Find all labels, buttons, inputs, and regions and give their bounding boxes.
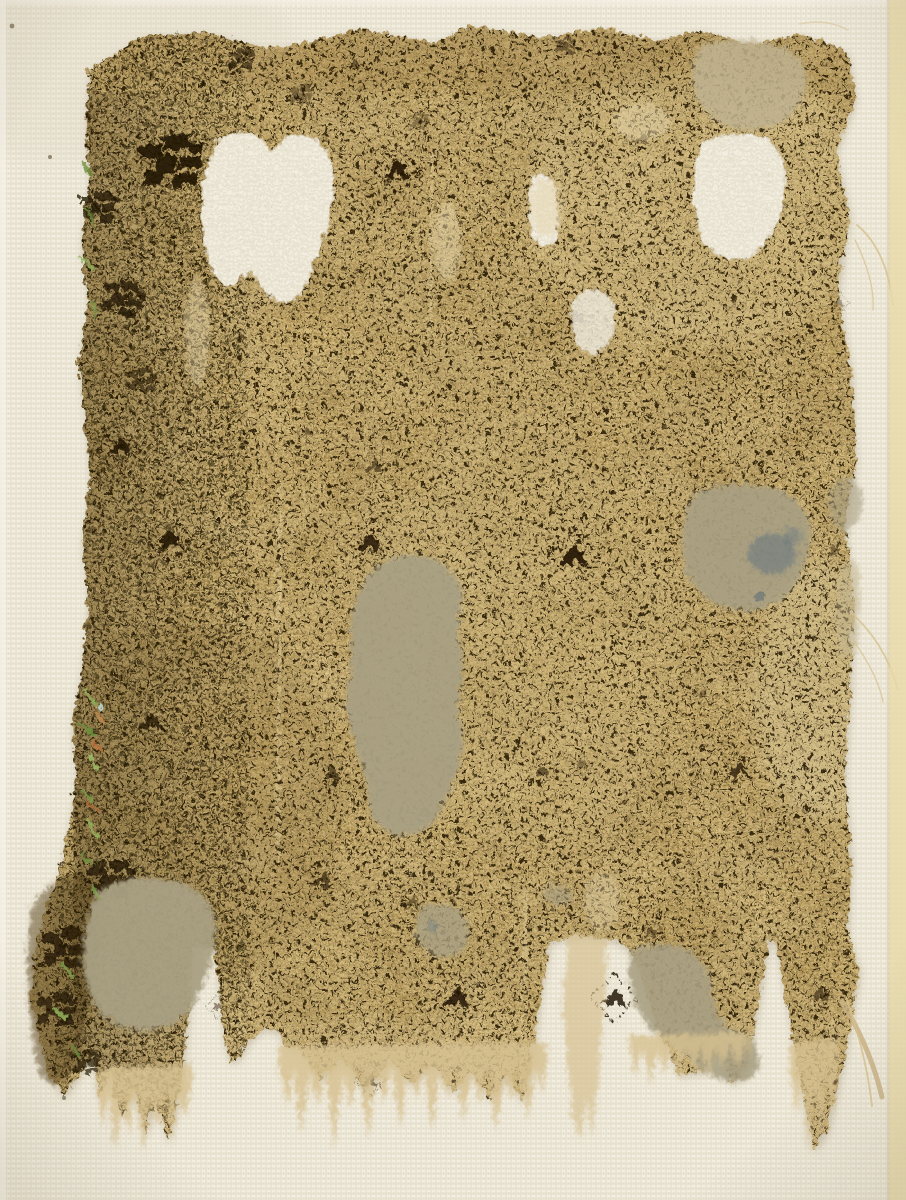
vignette (0, 0, 906, 1200)
textile-fragment-photo (0, 0, 906, 1200)
photo-stage (0, 0, 906, 1200)
